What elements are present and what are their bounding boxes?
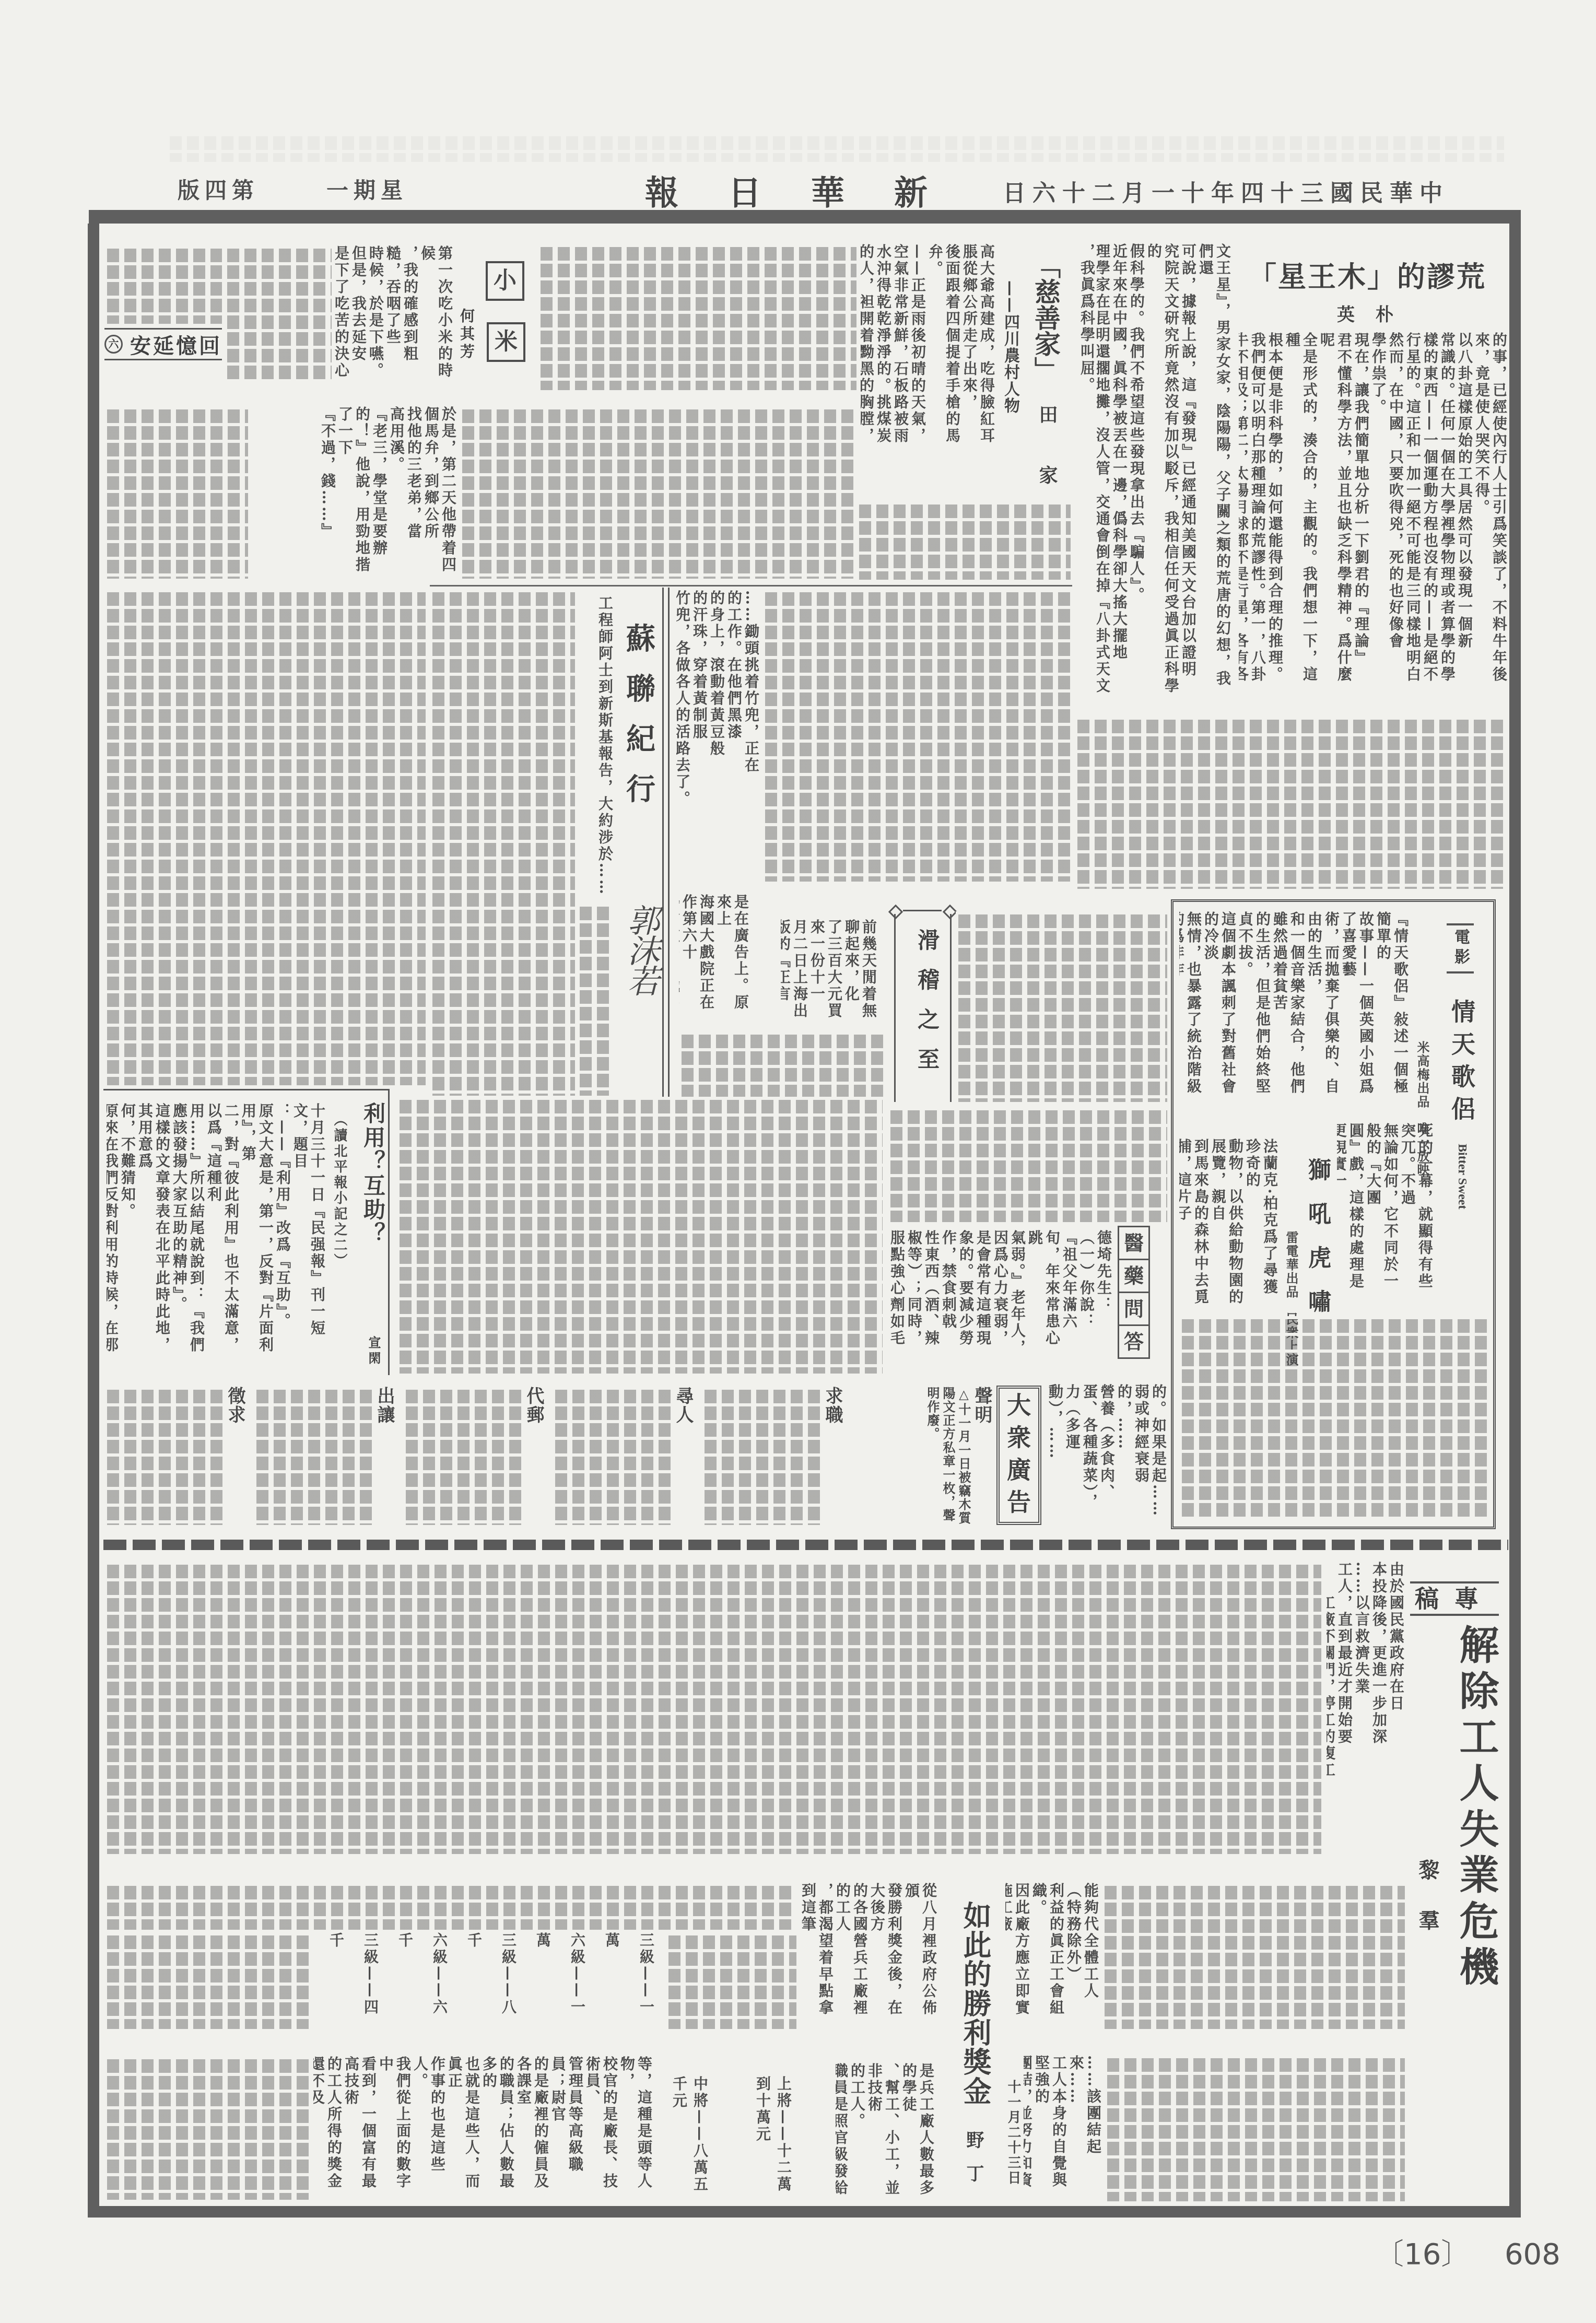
text-column-texture (104, 406, 248, 579)
text-column-texture (577, 904, 614, 1096)
film-title: 獅吼虎嘯 (1300, 1158, 1334, 1333)
article-body: 高大爺高建成，吃得臉紅耳脹從鄉公所走了出來， 後面跟着四個提着手槍的馬弁。 ——… (861, 244, 995, 448)
text-column-texture (1179, 1316, 1487, 1520)
bonus-entry: 上將——十二萬到十萬元 (752, 2076, 794, 2201)
text-column-texture (1105, 2055, 1405, 2201)
article-body-end: 等，這種是頭等人物， 校官的是廠長、技術員、 管理員等高級職員；尉官 的是廠裡的… (313, 2056, 653, 2200)
headline: 解除工人失業危機 (1448, 1624, 1505, 1992)
text-column-texture (1075, 717, 1507, 889)
section-label-film: 電影 (1447, 923, 1474, 973)
qa-title-char: 醫 (1119, 1227, 1148, 1260)
ad-item: 求職 (702, 1387, 843, 1525)
ad-heading: 聲明 (971, 1387, 992, 1525)
ad-heading: 求職 (822, 1387, 843, 1525)
ad-text: △十一月一日被竊木質陽文正方私章一枚，聲明作廢。 (924, 1387, 971, 1525)
article-body: 前幾天閒着無聊起來，化 了三百大元買來一份十一 月二日上海出版的『正言 報』，當… (781, 919, 877, 1031)
article-body-continued: 能夠代全體工人（特務除外） 利益的眞正工會組織。 因此廠方應立即實施工廠 民主，… (1005, 1883, 1099, 2029)
text-column-texture (104, 245, 222, 324)
rank: 上將 (775, 2076, 792, 2109)
section-rule (430, 585, 1072, 586)
headline: 荒謬的「木王星」 (1248, 255, 1486, 295)
headline: 滑稽之至 (911, 929, 943, 1087)
headline-char: 米 (487, 322, 525, 362)
ads-label-char: 衆 (1000, 1421, 1038, 1453)
article-body-continued-2: ……鋤頭挑着竹兜，正在 的工作。在他們黑漆 的身上，滾動着黃豆般 的汗珠，穿着黃… (676, 590, 760, 883)
qa-title-char: 答 (1119, 1326, 1148, 1359)
headline: 蘇聯紀行 (618, 623, 660, 824)
article-body: 的事，已經使內行人士引爲笑談了，不料牛年後 來，竟是使人哭笑不得。 以八卦這樣原… (1239, 332, 1508, 698)
page-label: 第四版 (178, 173, 259, 205)
byline: 朴英 (1337, 300, 1414, 326)
subheadline: （讀北平報小記之二） (330, 1112, 349, 1269)
feature-label: 專稿 (1410, 1581, 1499, 1616)
text-column-texture (397, 1097, 883, 1374)
text-column-texture (679, 1031, 885, 1097)
series-number-circle: 六 (104, 335, 123, 354)
ads-list: 聲明△十一月一日被竊木質陽文正方私章一枚，聲明作廢。 求職 尋人 代郵 出讓 徵… (104, 1387, 992, 1525)
qa-title-char: 藥 (1119, 1260, 1148, 1293)
article-date: 十一月二十三日 (1004, 2080, 1023, 2186)
ads-label-char: 廣 (1000, 1453, 1038, 1486)
text-column-texture (666, 1932, 796, 2029)
article-liyong: 利用？互助？ （讀北平報小記之二） 十月三十一日『民强報』刊一短文，題目 ：——… (103, 1089, 390, 1375)
film-review-body-continued: 死的一幕，就顯得有些突兀。不過 無論如何，它不同於一般的『大團 圓』戲，這樣的處… (1337, 1123, 1434, 1306)
article-body: 第一次吃小米的時候 ，我的確感到粗糙，吞咽了些 時候，於是下嚥。但是，我去延安 … (334, 245, 453, 382)
headline-char: 小 (486, 261, 524, 301)
text-column-texture (888, 1107, 1167, 1222)
article-body: 工程師阿士到新斯基報告，大約涉於…… (577, 595, 614, 898)
officer-bonus-list: 上將——十二萬到十萬元 中將——八萬五千元 少將——七萬五千元 上校——六萬五千… (655, 2076, 836, 2201)
worker-grade-list: 三級——一萬 六級——一萬 三級——八千 六級——六千 三級——四千 六級——三… (313, 1932, 663, 2029)
frame-left-border (88, 224, 99, 2218)
bleed-through-texture (167, 133, 1504, 162)
series-label-box: 回憶延安 六 (104, 328, 222, 360)
text-column-texture (104, 589, 426, 1085)
title-box: 滑稽之至 (894, 914, 952, 1102)
text-column-texture (104, 1562, 1321, 1854)
film-review-body: 法蘭克·柏克爲了尋獲珍奇的 動物，以供給動物園的展覽，親自 到馬來島的森林中去覓… (1179, 1139, 1278, 1311)
frame-bottom-border (88, 2206, 1521, 2218)
double-column-rule (662, 588, 670, 1097)
ad-heading: 尋人 (673, 1387, 694, 1525)
text-column-texture (956, 911, 1167, 1102)
qa-title-box: 醫 藥 問 答 (1118, 1226, 1150, 1359)
article-body: 從八月裡政府公佈頒 發勝利獎金後，在大後方 的各國營兵工廠裡的工人 ，都渴望着早… (799, 1883, 937, 2032)
frame-right-border (1509, 224, 1521, 2218)
qa-body: 德埼先生： （一）你說：『祖父年滿六旬，年來常患心跳 氣弱。』老年人，因爲心力衰… (888, 1230, 1112, 1363)
title-box-top-rule (903, 910, 942, 911)
text-column-texture (856, 501, 1071, 580)
text-column-texture (430, 589, 575, 1096)
headline: 利用？互助？ (357, 1102, 389, 1246)
text-column-texture (762, 589, 1072, 882)
byline: 野丁 (961, 2131, 987, 2198)
page-number: 608 (1505, 2237, 1560, 2271)
article-body: 由於國民黨政府在日 本投降後，更進一步加深 ……以言救濟失業 工人，直到最近才開… (1327, 1562, 1405, 1854)
text-column-texture (225, 245, 332, 382)
ad-item: 代郵 (403, 1387, 544, 1525)
volume-number: 〔16〕 (1375, 2237, 1470, 2271)
ad-heading: 徵求 (225, 1387, 245, 1525)
byline: 何其芳 (456, 308, 477, 361)
text-column-texture (104, 1932, 311, 2029)
film-title: 情天歌侶 (1445, 999, 1479, 1129)
text-column-texture (1102, 1883, 1405, 2029)
dash: —— (691, 2109, 709, 2143)
qa-title-char: 問 (1119, 1293, 1148, 1326)
ad-item: 尋人 (553, 1387, 694, 1525)
article-note: 是兵工廠人數最多的學徒 、幫工、小工，並非技術 的工人。 職員是照官級發給的 (836, 2063, 935, 2201)
headline: 「慈善家」 (1027, 252, 1064, 383)
article-body-continued: 於是，第二天他帶着四個馬弁，到鄉公所 找他的三老弟，當 高用溪。 『老三，學堂是… (251, 406, 457, 579)
dash: —— (775, 2109, 792, 2143)
byline: 黎羣 (1413, 1859, 1442, 1960)
calligraphy-signature: 郭沫若 (618, 904, 664, 994)
weekday: 星期一 (326, 173, 408, 205)
ad-heading: 代郵 (523, 1387, 544, 1525)
film-review-body: 『情天歌侶』敍述一個極簡單的 故事——一個英國小姐爲了喜愛藝 術，而拋棄了俱樂的… (1179, 911, 1409, 1105)
diamond-ornament-icon (943, 905, 957, 919)
masthead-rule (89, 210, 1521, 224)
article-closing: ，我眞爲科學叫屈。 (1075, 243, 1096, 452)
article-body-left: 文王星』，男家女家，陰陽陽，父子關之類的荒唐的幻想，我們還 可說，據報上說，這『… (1097, 243, 1231, 698)
paper-title: 新華日報 (645, 166, 977, 214)
diamond-ornament-icon (888, 905, 903, 919)
ads-label-char: 大 (1000, 1389, 1038, 1421)
article-body-continued: 是在廣告上。原來上 海國大戲院正在作第六十 場的演出，戲名曰：『 勝利萬歲』，那… (679, 894, 749, 1025)
headline: 如此的勝利獎金 (956, 1901, 996, 2106)
text-column-texture (460, 406, 856, 579)
byline: 宣閑 (365, 1336, 383, 1367)
article-body: 十月三十一日『民强報』刊一短文，題目 ：——『利用』改爲『互助』。 原文大意是，… (107, 1103, 326, 1364)
dashed-section-divider (103, 1540, 1508, 1550)
film-english-title: Bitter Sweet (1455, 1144, 1469, 1210)
text-column-texture (104, 1883, 794, 1930)
ads-label-box: 大 衆 廣 告 (996, 1386, 1041, 1525)
series-label: 回憶延安 (130, 330, 222, 359)
text-column-texture (104, 2056, 311, 2200)
rank: 中將 (691, 2076, 709, 2109)
issue-date: 中華民國三十四年十一月二十六日 (1003, 174, 1449, 208)
subheadline: ——四川農村人物 (999, 280, 1022, 414)
page-reference: 〔16〕 608 (1375, 2231, 1560, 2273)
ad-item: 聲明△十一月一日被竊木質陽文正方私章一枚，聲明作廢。 (851, 1387, 992, 1525)
bonus-entry: 中將——八萬五千元 (668, 2076, 710, 2201)
ad-heading: 出讓 (374, 1387, 395, 1525)
ad-item: 徵求 (104, 1387, 245, 1525)
ads-label-char: 告 (1000, 1486, 1038, 1518)
qa-body-continued: 的。如果是起…… 弱或神經衰弱的，…… 營養（多食肉、 蛋、各種蔬菜）， 力（多… (1047, 1384, 1167, 1525)
article-body-end: ……該團結起來…… 工人本身的自覺與堅強的 團結，並努力和資方取得 密切的合作，… (1024, 2055, 1102, 2201)
text-column-texture (538, 244, 856, 390)
ad-item: 出讓 (254, 1387, 395, 1525)
